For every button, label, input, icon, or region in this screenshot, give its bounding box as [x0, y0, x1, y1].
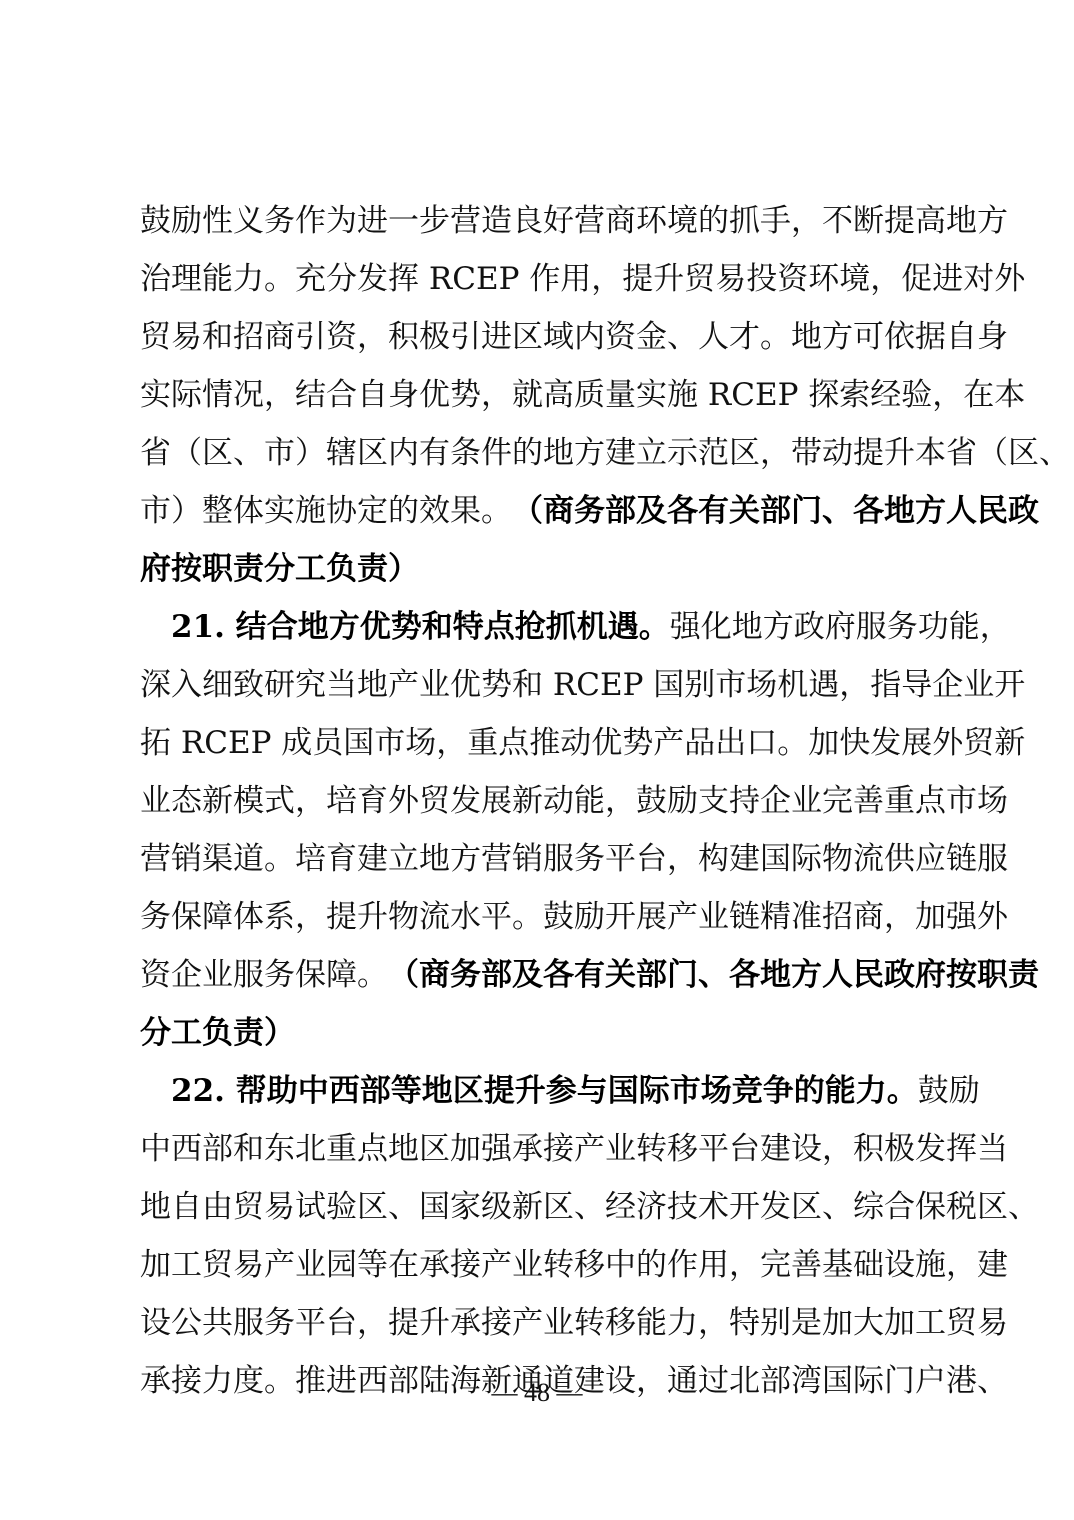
line-text: 设公共服务平台，提升承接产业转移能力，特别是加大加工贸易: [140, 1301, 940, 1359]
line-text: 鼓励: [918, 1069, 980, 1127]
line-text: 拓 RCEP 成员国市场，重点推动优势产品出口。加快发展外贸新: [140, 721, 940, 779]
indent: [140, 1069, 171, 1127]
page-number: — 48 —: [0, 1378, 1074, 1408]
responsibility-attribution: （商务部及各有关部门、各地方人民政府按职责: [388, 953, 1039, 1011]
text-line: 市）整体实施协定的效果。（商务部及各有关部门、各地方人民政: [140, 489, 940, 547]
text-line: 加工贸易产业园等在承接产业转移中的作用，完善基础设施，建: [140, 1243, 940, 1301]
text-line: 地自由贸易试验区、国家级新区、经济技术开发区、综合保税区、: [140, 1185, 940, 1243]
text-line: 鼓励性义务作为进一步营造良好营商环境的抓手，不断提高地方: [140, 199, 940, 257]
line-text: 营销渠道。培育建立地方营销服务平台，构建国际物流供应链服: [140, 837, 940, 895]
indent: [140, 605, 171, 663]
line-text: 加工贸易产业园等在承接产业转移中的作用，完善基础设施，建: [140, 1243, 940, 1301]
responsibility-attribution: 分工负责）: [140, 1011, 295, 1069]
text-line: 深入细致研究当地产业优势和 RCEP 国别市场机遇，指导企业开: [140, 663, 940, 721]
document-page: 鼓励性义务作为进一步营造良好营商环境的抓手，不断提高地方 治理能力。充分发挥 R…: [0, 0, 1074, 1520]
text-line: 分工负责）: [140, 1011, 940, 1069]
responsibility-attribution: （商务部及各有关部门、各地方人民政: [512, 489, 1039, 547]
line-text: 强化地方政府服务功能，: [670, 605, 1011, 663]
text-line: 实际情况，结合自身优势，就高质量实施 RCEP 探索经验，在本: [140, 373, 940, 431]
text-line: 治理能力。充分发挥 RCEP 作用，提升贸易投资环境，促进对外: [140, 257, 940, 315]
line-text: 务保障体系，提升物流水平。鼓励开展产业链精准招商，加强外: [140, 895, 940, 953]
section-heading-22: 22. 帮助中西部等地区提升参与国际市场竞争的能力。: [171, 1069, 918, 1127]
line-text: 治理能力。充分发挥 RCEP 作用，提升贸易投资环境，促进对外: [140, 257, 940, 315]
text-line: 营销渠道。培育建立地方营销服务平台，构建国际物流供应链服: [140, 837, 940, 895]
line-text: 贸易和招商引资，积极引进区域内资金、人才。地方可依据自身: [140, 315, 940, 373]
line-text: 鼓励性义务作为进一步营造良好营商环境的抓手，不断提高地方: [140, 199, 940, 257]
line-text: 市）整体实施协定的效果。: [140, 489, 512, 547]
text-line: 设公共服务平台，提升承接产业转移能力，特别是加大加工贸易: [140, 1301, 940, 1359]
line-text: 省（区、市）辖区内有条件的地方建立示范区，带动提升本省（区、: [140, 431, 940, 489]
line-text: 实际情况，结合自身优势，就高质量实施 RCEP 探索经验，在本: [140, 373, 940, 431]
text-line: 资企业服务保障。（商务部及各有关部门、各地方人民政府按职责: [140, 953, 940, 1011]
responsibility-attribution: 府按职责分工负责）: [140, 547, 419, 605]
text-line: 业态新模式，培育外贸发展新动能，鼓励支持企业完善重点市场: [140, 779, 940, 837]
text-line: 务保障体系，提升物流水平。鼓励开展产业链精准招商，加强外: [140, 895, 940, 953]
line-text: 资企业服务保障。: [140, 953, 388, 1011]
text-line: 府按职责分工负责）: [140, 547, 940, 605]
line-text: 中西部和东北重点地区加强承接产业转移平台建设，积极发挥当: [140, 1127, 940, 1185]
line-text: 深入细致研究当地产业优势和 RCEP 国别市场机遇，指导企业开: [140, 663, 940, 721]
section-heading-line: 21. 结合地方优势和特点抢抓机遇。强化地方政府服务功能，: [140, 605, 940, 663]
section-heading-21: 21. 结合地方优势和特点抢抓机遇。: [171, 605, 670, 663]
text-line: 拓 RCEP 成员国市场，重点推动优势产品出口。加快发展外贸新: [140, 721, 940, 779]
text-line: 省（区、市）辖区内有条件的地方建立示范区，带动提升本省（区、: [140, 431, 940, 489]
text-line: 贸易和招商引资，积极引进区域内资金、人才。地方可依据自身: [140, 315, 940, 373]
line-text: 地自由贸易试验区、国家级新区、经济技术开发区、综合保税区、: [140, 1185, 940, 1243]
line-text: 业态新模式，培育外贸发展新动能，鼓励支持企业完善重点市场: [140, 779, 940, 837]
section-heading-line: 22. 帮助中西部等地区提升参与国际市场竞争的能力。鼓励: [140, 1069, 940, 1127]
text-line: 中西部和东北重点地区加强承接产业转移平台建设，积极发挥当: [140, 1127, 940, 1185]
body-text: 鼓励性义务作为进一步营造良好营商环境的抓手，不断提高地方 治理能力。充分发挥 R…: [140, 199, 940, 1417]
